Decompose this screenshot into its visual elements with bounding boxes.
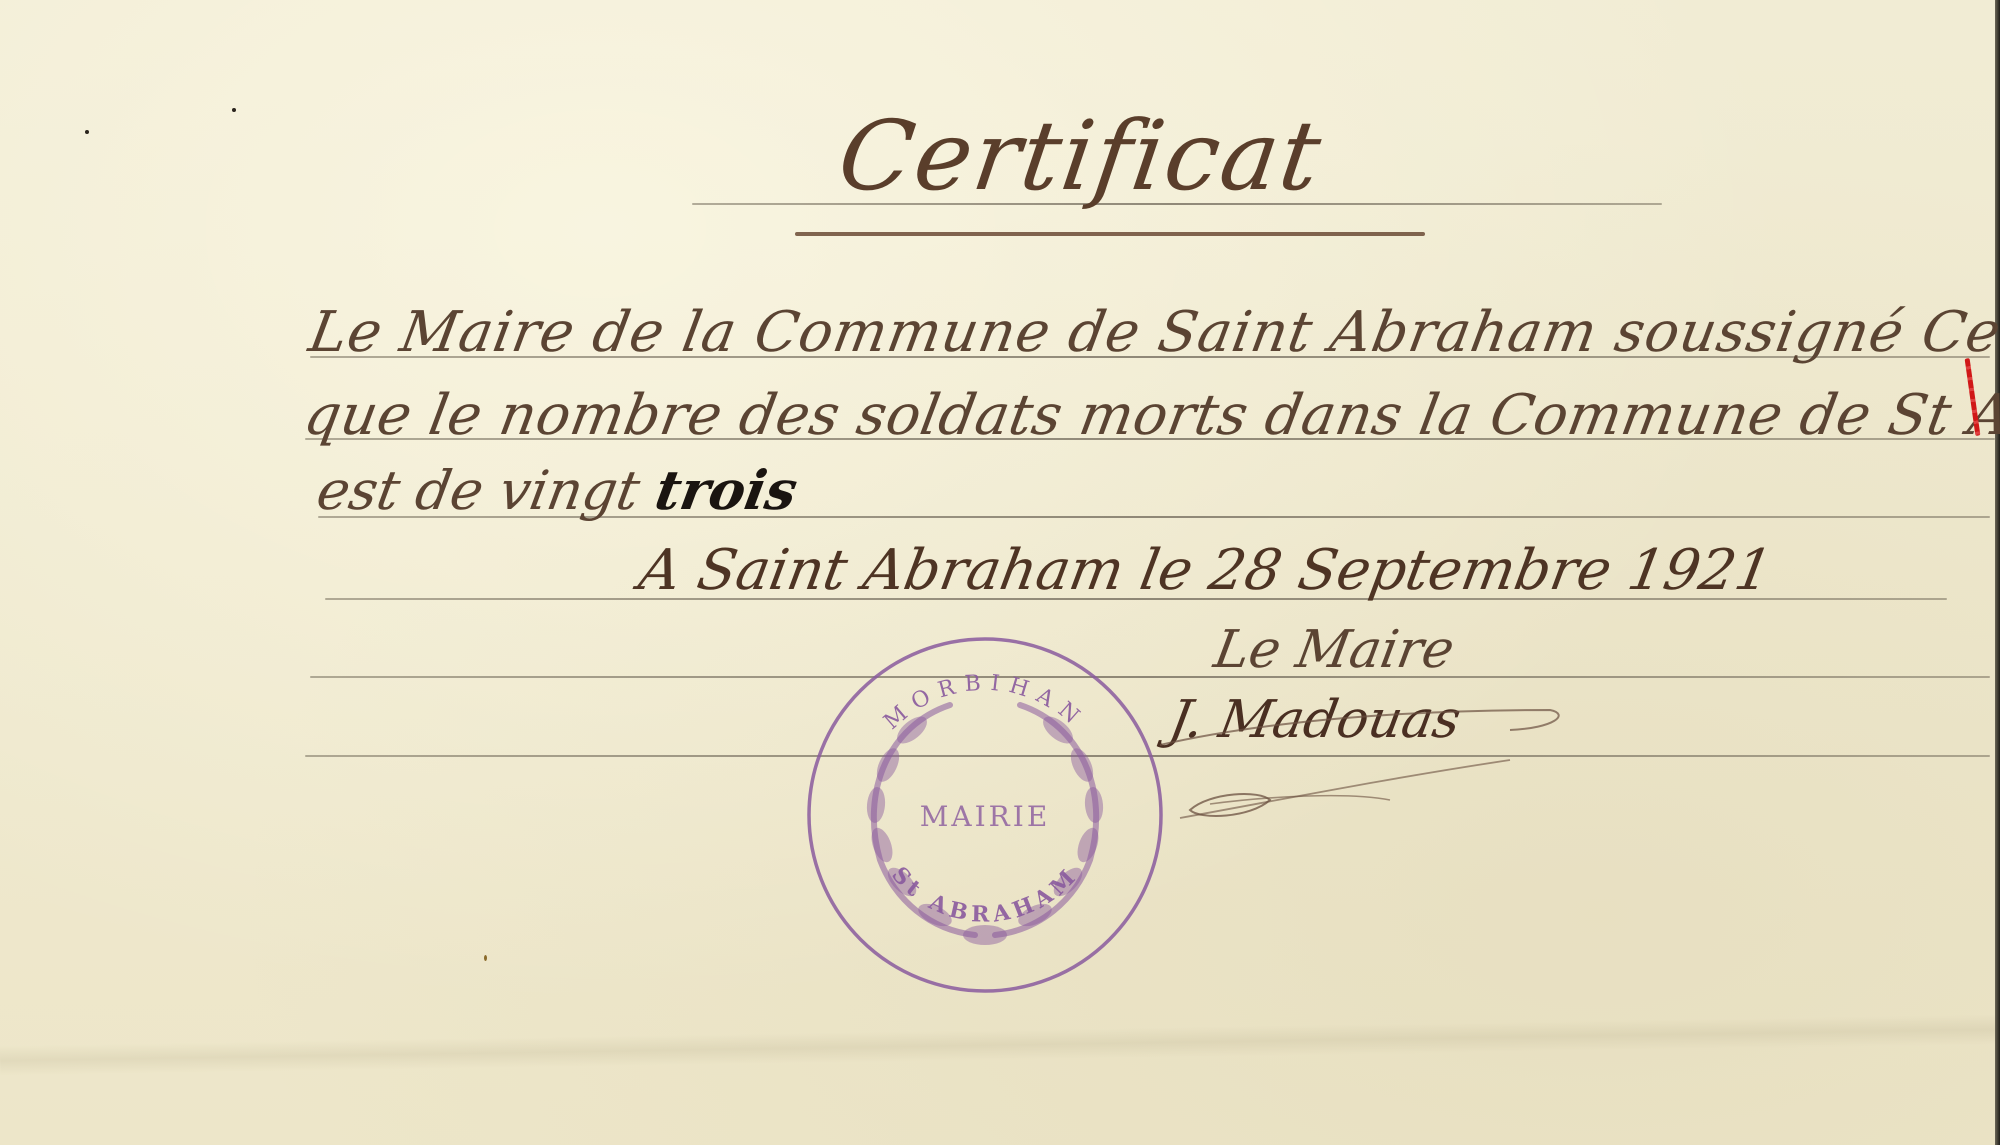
body-line-1: Le Maire de la Commune de Saint Abraham … — [304, 300, 2000, 365]
signature-flourish-icon — [1150, 700, 1570, 830]
title-underline — [795, 232, 1425, 236]
ink-speck — [85, 130, 89, 134]
body-line-2: que le nombre des soldats morts dans la … — [299, 383, 2000, 448]
scan-edge — [1995, 0, 2000, 1145]
mairie-stamp-seal-icon: MORBIHAN St ABRAHAM MAIRIE — [800, 630, 1170, 1000]
count-word: trois — [651, 458, 803, 522]
body-line-3: est de vingt trois — [312, 458, 802, 522]
place-date-line: A Saint Abraham le 28 Septembre 1921 — [634, 538, 1777, 603]
ink-speck — [484, 955, 487, 961]
stamp-center-text: MAIRIE — [920, 800, 1051, 833]
body-line-3-text: est de vingt — [312, 459, 644, 522]
document-title: Certificat — [832, 100, 1329, 212]
ink-speck — [232, 108, 236, 112]
stamp-bottom-text: St ABRAHAM — [886, 862, 1084, 928]
signatory-title: Le Maire — [1210, 620, 1459, 680]
